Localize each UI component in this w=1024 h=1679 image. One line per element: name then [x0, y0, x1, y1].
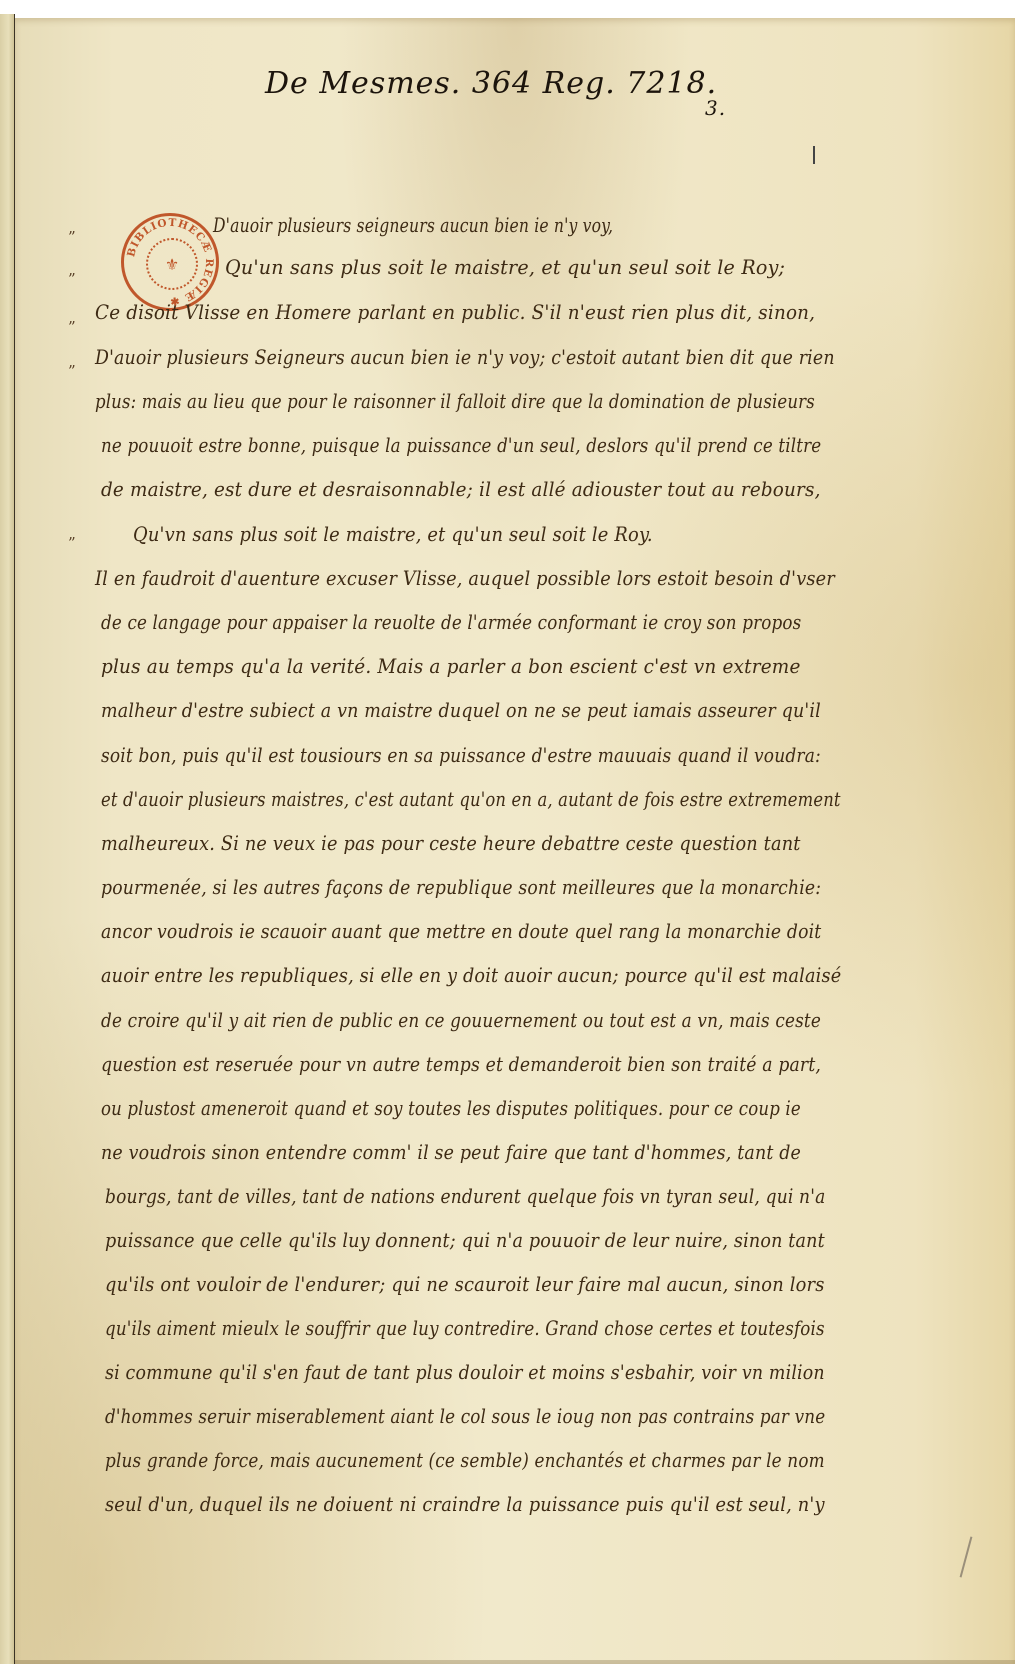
shelfmark: De Mesmes. 364 Reg. 7218. 3.	[265, 66, 717, 101]
margin-quote-mark: ”	[68, 228, 76, 246]
manuscript-line: ne pouuoit estre bonne, puisque la puiss…	[101, 434, 821, 457]
margin-quote-mark: ”	[68, 270, 76, 288]
manuscript-line: d'hommes seruir miserablement aiant le c…	[105, 1405, 825, 1428]
folio-number-pencil	[960, 1536, 973, 1577]
manuscript-line: de ce langage pour appaiser la reuolte d…	[101, 611, 801, 634]
library-stamp: BIBLIOTHECÆ REGIÆ ✱ ⚜	[121, 213, 219, 311]
manuscript-line: D'auoir plusieurs Seigneurs aucun bien i…	[95, 346, 835, 369]
manuscript-line: puissance que celle qu'ils luy donnent; …	[105, 1229, 825, 1252]
manuscript-line: de maistre, est dure et desraisonnable; …	[101, 478, 821, 501]
manuscript-line: D'auoir plusieurs seigneurs aucun bien i…	[213, 214, 613, 237]
manuscript-line: ancor voudrois ie scauoir auant que mett…	[101, 920, 821, 943]
manuscript-line: malheur d'estre subiect a vn maistre duq…	[101, 699, 821, 722]
adjacent-page-edge	[0, 14, 15, 1664]
manuscript-line: ou plustost ameneroit quand et soy toute…	[101, 1097, 801, 1120]
manuscript-line: ne voudrois sinon entendre comm' il se p…	[101, 1141, 801, 1164]
manuscript-line: qu'ils aiment mieulx le souffrir que luy…	[105, 1317, 825, 1340]
manuscript-line: Il en faudroit d'auenture excuser Vlisse…	[95, 567, 835, 590]
manuscript-line: bourgs, tant de villes, tant de nations …	[105, 1185, 825, 1208]
manuscript-line: question est reseruée pour vn autre temp…	[101, 1053, 821, 1076]
manuscript-line: malheureux. Si ne veux ie pas pour ceste…	[101, 832, 801, 855]
margin-quote-mark: ”	[68, 318, 76, 336]
pencil-mark	[813, 146, 815, 164]
manuscript-line: Qu'vn sans plus soit le maistre, et qu'u…	[133, 523, 653, 546]
manuscript-line: qu'ils ont vouloir de l'endurer; qui ne …	[105, 1273, 825, 1296]
manuscript-line: soit bon, puis qu'il est tousiours en sa…	[101, 744, 821, 767]
manuscript-line: Qu'un sans plus soit le maistre, et qu'u…	[225, 256, 785, 279]
fleur-de-lis-icon: ⚜	[146, 238, 198, 290]
manuscript-line: pourmenée, si les autres façons de repub…	[101, 876, 821, 899]
shelfmark-sub: 3.	[705, 96, 726, 120]
manuscript-line: si commune qu'il s'en faut de tant plus …	[105, 1361, 825, 1384]
manuscript-line: et d'auoir plusieurs maistres, c'est aut…	[101, 788, 841, 811]
manuscript-line: plus: mais au lieu que pour le raisonner…	[95, 390, 815, 413]
margin-quote-mark: ”	[68, 534, 76, 552]
manuscript-line: de croire qu'il y ait rien de public en …	[101, 1009, 821, 1032]
manuscript-line: auoir entre les republiques, si elle en …	[101, 964, 841, 987]
manuscript-line: plus au temps qu'a la verité. Mais a par…	[101, 655, 801, 678]
manuscript-line: Ce disoit Vlisse en Homere parlant en pu…	[95, 301, 815, 324]
manuscript-line: seul d'un, duquel ils ne doiuent ni crai…	[105, 1493, 825, 1516]
manuscript-line: plus grande force, mais aucunement (ce s…	[105, 1449, 825, 1472]
margin-quote-mark: ”	[68, 362, 76, 380]
manuscript-leaf: De Mesmes. 364 Reg. 7218. 3. BIBLIOTHECÆ…	[15, 18, 1015, 1664]
shelfmark-main: De Mesmes. 364 Reg. 7218.	[265, 66, 717, 101]
page-bottom-edge	[15, 1660, 1015, 1664]
